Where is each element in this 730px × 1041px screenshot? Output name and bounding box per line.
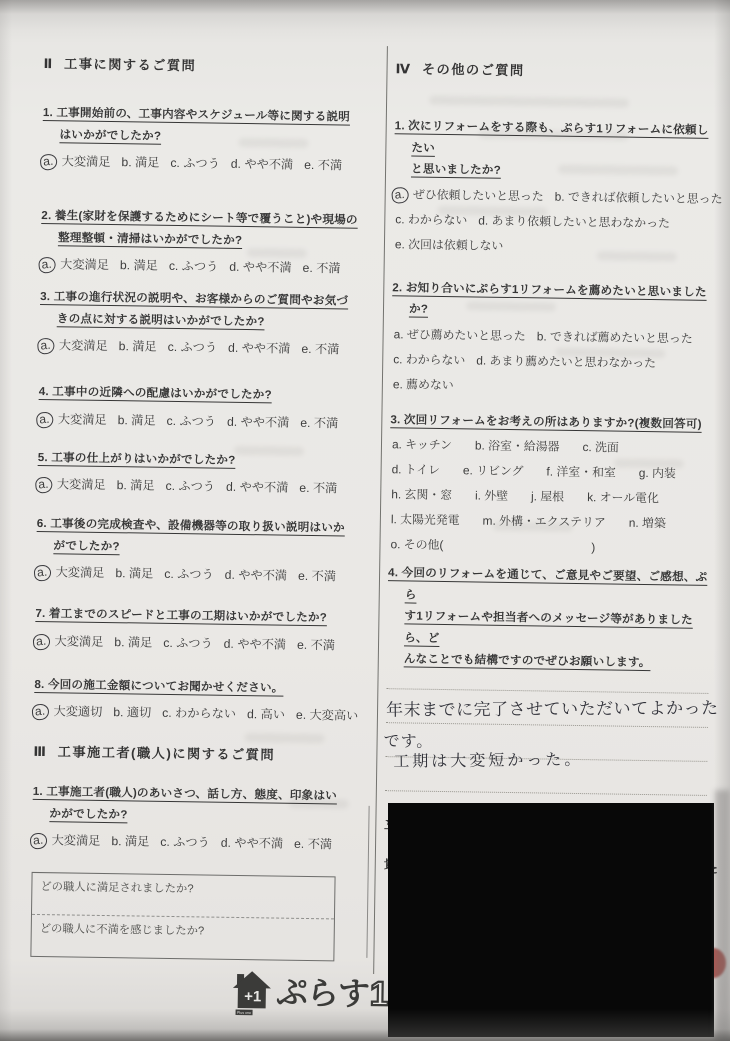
option-a: a. 大変満足 (41, 338, 108, 353)
dotted-rule (386, 722, 708, 728)
option-e: e. 不満 (294, 837, 332, 852)
option-key: b. (555, 185, 565, 207)
option-key: e. (296, 704, 307, 727)
option-m: m. 外構・エクステリア (482, 514, 605, 530)
option-b: b. 満足 (119, 339, 157, 354)
option-key: b. (117, 474, 128, 497)
answer-options: e. 薦めない (391, 373, 715, 400)
option-c: c. ふつう (164, 567, 214, 582)
handwritten-comment: 工期は大変短かった。 (393, 746, 583, 771)
logo-plus-one: +1 (244, 988, 261, 1005)
answer-options: l. 太陽光発電m. 外構・エクステリアn. 増築 (389, 508, 713, 535)
question-block: 4. 工事中の近隣への配慮はいかがでしたか?a. 大変満足b. 満足c. ふつう… (38, 381, 365, 435)
option-key: d. (227, 410, 238, 433)
answer-options: a. 大変満足b. 満足c. ふつうd. やや不満e. 不満 (37, 473, 363, 501)
option-c: c. わからない (395, 212, 467, 227)
dotted-rule (386, 688, 708, 694)
option-d: d. やや不満 (225, 568, 288, 583)
question-block: 1. 工事開始前の、工事内容やスケジュール等に関する説明 はいかがでしたか?a.… (42, 102, 369, 178)
right-column: Ⅳ その他のご質問1. 次にリフォームをする際も、ぷらす1リフォームに依頼したい… (384, 58, 720, 876)
option-d: d. やや不満 (224, 636, 287, 651)
option-c: c. ふつう (170, 156, 220, 171)
question-block: 1. 工事施工者(職人)のあいさつ、話し方、態度、印象はい かがでしたか?a. … (32, 781, 359, 857)
question-block: 7. 着工までのスピードと工事の工期はいかがでしたか?a. 大変満足b. 満足c… (35, 603, 362, 657)
option-key: e. (300, 411, 311, 434)
answer-options: h. 玄関・窓i. 外壁j. 屋根k. オール電化 (389, 483, 713, 510)
option-c: c. ふつう (169, 259, 219, 274)
answer-options: c. わからないd. あまり薦めたいと思わなかった (391, 348, 715, 375)
question-block: 6. 工事後の完成検査や、設備機器等の取り扱い説明はいか がでしたか?a. 大変… (36, 513, 363, 589)
option-key: c. (160, 831, 170, 854)
option-a: a. キッチン (392, 437, 452, 452)
question-heading: 3. 次回リフォームをお考えの所はありますか?(複数回答可) (390, 409, 714, 435)
hidden-box-border (366, 806, 369, 958)
handwritten-selection-circle: a. (391, 186, 409, 203)
option-d: d. トイレ (392, 462, 441, 477)
option-a: a. 大変満足 (40, 412, 107, 427)
option-g: g. 内装 (639, 466, 676, 481)
option-c: c. 洗面 (582, 440, 619, 455)
option-key: b. (119, 335, 130, 358)
option-a: a. 大変適切 (36, 704, 103, 719)
handwritten-selection-circle: a. (38, 256, 57, 273)
comment-writing-area: 年末までに完了させていただいてよかったです。工期は大変短かった。 (385, 678, 711, 811)
option-key: b. (117, 409, 128, 432)
option-e: e. リビング (463, 463, 524, 478)
option-a: a. 大変満足 (37, 633, 104, 648)
option-suffix: ) (591, 540, 595, 554)
section-title-2: Ⅱ 工事に関するご質問 (43, 53, 369, 77)
option-key: e. (304, 154, 315, 177)
question-heading: 7. 着工までのスピードと工事の工期はいかがでしたか? (35, 603, 361, 629)
option-key: b. (475, 434, 485, 456)
option-c: c. ふつう (160, 835, 210, 850)
logo-brand-one: 1 (369, 975, 389, 1013)
option-key: e. (463, 459, 473, 481)
option-key: d. (478, 209, 488, 231)
option-key: e. (393, 373, 403, 395)
option-h: h. 玄関・窓 (391, 487, 452, 502)
handwritten-selection-circle: a. (36, 411, 55, 428)
house-icon: +1 Plus one (232, 970, 273, 1017)
option-c: c. わからない (393, 352, 465, 367)
option-key: c. (162, 702, 172, 725)
option-key: d. (229, 256, 240, 279)
craftsman-feedback-box: どの職人に満足されましたか?どの職人に不満を感じましたか? (30, 872, 335, 962)
handwritten-selection-circle: a. (33, 564, 52, 581)
option-d: d. やや不満 (228, 341, 291, 356)
question-heading: 1. 工事施工者(職人)のあいさつ、話し方、態度、印象はい かがでしたか? (32, 781, 359, 829)
option-key: b. (537, 325, 547, 347)
option-b: b. 満足 (118, 413, 156, 428)
answer-options: a. ぜひ薦めたいと思ったb. できれば薦めたいと思った (391, 323, 715, 350)
handwritten-selection-circle: a. (39, 153, 58, 170)
answer-options: e. 次回は依頼しない (393, 233, 717, 260)
answer-options: a. キッチンb. 浴室・給湯器c. 洗面 (390, 433, 714, 460)
option-key: d. (476, 349, 486, 371)
option-b: b. 満足 (121, 155, 159, 170)
handwritten-comment: 年末までに完了させていただいてよかった (386, 693, 719, 720)
question-heading: 8. 今回の施工金額についてお聞かせください。 (34, 673, 360, 699)
dotted-rule (385, 790, 707, 796)
question-heading: 4. 今回のリフォームを通じて、ご意見やご要望、ご感想、ぷら す1リフォームや担… (387, 562, 713, 674)
option-key: l. (391, 508, 397, 530)
answer-options: a. 大変満足b. 満足c. ふつうd. やや不満e. 不満 (38, 407, 364, 435)
dissatisfied-craftsman-field: どの職人に不満を感じましたか? (31, 914, 334, 960)
question-block: 3. 工事の進行状況の説明や、お客様からのご質問やお気づ きの点に対する説明はい… (39, 286, 366, 362)
question-heading: 2. 養生(家財を保護するためにシート等で覆うこと)や現場の 整理整頓・清掃はい… (41, 205, 368, 253)
option-key: i. (475, 484, 481, 506)
option-d: d. あまり薦めたいと思わなかった (476, 353, 656, 370)
option-c: c. ふつう (168, 340, 218, 355)
option-e: e. 不満 (299, 481, 337, 496)
handwritten-selection-circle: a. (29, 832, 48, 849)
question-heading: 3. 工事の進行状況の説明や、お客様からのご質問やお気づ きの点に対する説明はい… (40, 286, 367, 334)
option-c: c. ふつう (166, 413, 216, 428)
option-e: e. 次回は依頼しない (395, 237, 504, 253)
answer-options: a. 大変満足b. 満足c. ふつうd. やや不満e. 不満 (36, 561, 362, 589)
option-f: f. 洋室・和室 (546, 465, 616, 480)
option-key: b. (113, 701, 124, 724)
option-key: d. (231, 153, 242, 176)
answer-options: a. 大変満足b. 満足c. ふつうd. やや不満e. 不満 (42, 150, 368, 178)
option-key: b. (121, 151, 132, 174)
answer-options: a. 大変満足b. 満足c. ふつうd. やや不満e. 不満 (39, 334, 365, 362)
option-a: a. 大変満足 (38, 565, 105, 580)
option-b: b. 満足 (117, 478, 155, 493)
option-key: c. (395, 208, 405, 230)
section-title-3: Ⅲ 工事施工者(職人)に関するご質問 (33, 741, 359, 765)
option-key: g. (639, 462, 649, 484)
answer-options: c. わからないd. あまり依頼したいと思わなかった (393, 208, 717, 235)
question-block: 4. 今回のリフォームを通じて、ご意見やご要望、ご感想、ぷら す1リフォームや担… (385, 562, 713, 810)
option-key: c. (582, 436, 592, 458)
option-d: d. 高い (247, 707, 285, 722)
option-key: o. (390, 533, 400, 555)
option-e: e. 不満 (297, 637, 335, 652)
option-b: b. 浴室・給湯器 (475, 438, 560, 453)
option-key: b. (120, 254, 131, 277)
option-d: d. あまり依頼したいと思わなかった (478, 213, 670, 230)
option-e: e. 大変高い (296, 708, 359, 723)
option-key: c. (170, 152, 180, 175)
option-c: c. ふつう (166, 479, 216, 494)
handwritten-selection-circle: a. (35, 476, 54, 493)
option-key: e. (297, 633, 308, 656)
option-key: e. (301, 338, 312, 361)
question-block: 1. 次にリフォームをする際も、ぷらす1リフォームに依頼したい と思いましたか?… (393, 115, 719, 259)
option-d: d. やや不満 (231, 157, 294, 172)
option-b: b. できれば依頼したいと思った (555, 189, 723, 205)
option-key: d. (228, 337, 239, 360)
option-e: e. 不満 (303, 261, 341, 276)
question-block: 2. 養生(家財を保護するためにシート等で覆うこと)や現場の 整理整頓・清掃はい… (40, 205, 367, 281)
option-key: c. (164, 563, 174, 586)
option-key: e. (299, 477, 310, 500)
option-e: e. 不満 (298, 569, 336, 584)
option-a: a. 大変満足 (34, 833, 101, 848)
option-key: d. (247, 703, 258, 726)
option-key: c. (169, 255, 179, 278)
section-title-4: Ⅳ その他のご質問 (395, 58, 719, 82)
option-a: a. 大変満足 (43, 257, 110, 272)
option-key: e. (298, 565, 309, 588)
option-key: d. (224, 632, 235, 655)
option-key: c. (165, 475, 175, 498)
answer-options: a. 大変満足b. 満足c. ふつうd. やや不満e. 不満 (40, 253, 366, 281)
option-key: d. (225, 564, 236, 587)
option-key: j. (531, 485, 537, 507)
option-a: a. 大変満足 (44, 154, 111, 169)
logo-sub-text: Plus one (237, 1011, 251, 1015)
answer-options: o. その他() (388, 533, 712, 560)
option-e: e. 不満 (304, 158, 342, 173)
option-key: d. (391, 458, 401, 480)
option-key: d. (226, 476, 237, 499)
option-key: c. (163, 631, 173, 654)
question-heading: 2. お知り合いにぷらす1リフォームを薦めたいと思いました か? (392, 277, 717, 325)
option-key: b. (111, 830, 122, 853)
option-key: c. (166, 409, 176, 432)
question-block: 8. 今回の施工金額についてお聞かせください。a. 大変適切b. 適切c. わか… (34, 673, 361, 727)
option-a: a. ぜひ依頼したいと思った (396, 187, 544, 203)
option-key: n. (629, 512, 639, 534)
option-key: m. (482, 510, 496, 532)
option-d: d. やや不満 (226, 480, 289, 495)
question-heading: 1. 工事開始前の、工事内容やスケジュール等に関する説明 はいかがでしたか? (42, 102, 369, 150)
option-e: e. 不満 (300, 415, 338, 430)
option-b: b. 満足 (114, 635, 152, 650)
answer-options: a. 大変適切b. 適切c. わからないd. 高いe. 大変高い (34, 700, 360, 728)
option-n: n. 増築 (629, 516, 666, 531)
option-key: e. (395, 233, 405, 255)
option-key: c. (167, 336, 177, 359)
handwritten-selection-circle: a. (32, 633, 51, 650)
question-heading: 6. 工事後の完成検査や、設備機器等の取り扱い説明はいか がでしたか? (36, 513, 363, 561)
option-key: k. (587, 486, 597, 508)
option-i: i. 外壁 (475, 488, 508, 502)
option-key: h. (391, 483, 401, 505)
option-key: d. (221, 832, 232, 855)
option-b: b. 満足 (120, 258, 158, 273)
answer-options: a. ぜひ依頼したいと思ったb. できれば依頼したいと思った (394, 183, 718, 210)
answer-options: a. 大変満足b. 満足c. ふつうd. やや不満e. 不満 (35, 629, 361, 657)
option-key: a. (393, 323, 403, 345)
option-b: b. 適切 (113, 705, 151, 720)
question-heading: 1. 次にリフォームをする際も、ぷらす1リフォームに依頼したい と思いましたか? (394, 115, 719, 184)
fill-in-blank (443, 549, 591, 551)
question-heading: 5. 工事の仕上がりはいかがでしたか? (38, 446, 364, 472)
option-key: e. (302, 257, 313, 280)
photo-edge-shadow (715, 790, 730, 1041)
option-c: c. ふつう (163, 635, 213, 650)
option-key: b. (115, 562, 126, 585)
handwritten-selection-circle: a. (37, 337, 56, 354)
survey-photo: Ⅱ 工事に関するご質問1. 工事開始前の、工事内容やスケジュール等に関する説明 … (0, 0, 730, 1041)
option-a: a. ぜひ薦めたいと思った (394, 327, 526, 343)
question-block: 3. 次回リフォームをお考えの所はありますか?(複数回答可)a. キッチンb. … (388, 409, 714, 560)
answer-options: d. トイレe. リビングf. 洋室・和室g. 内装 (389, 458, 713, 485)
option-key: e. (294, 833, 305, 856)
satisfied-craftsman-field: どの職人に満足されましたか? (32, 873, 335, 918)
handwritten-selection-circle: a. (31, 703, 50, 720)
option-o: o. その他() (390, 537, 595, 554)
option-a: a. 大変満足 (39, 477, 106, 492)
option-k: k. オール電化 (587, 490, 659, 505)
option-key: f. (546, 461, 553, 483)
redaction-box (388, 803, 714, 1037)
answer-options: a. 大変満足b. 満足c. ふつうd. やや不満e. 不満 (32, 829, 358, 857)
question-block: 5. 工事の仕上がりはいかがでしたか?a. 大変満足b. 満足c. ふつうd. … (37, 446, 364, 500)
option-c: c. わからない (162, 706, 236, 721)
option-key: b. (114, 631, 125, 654)
option-b: b. できれば薦めたいと思った (537, 329, 693, 345)
question-heading: 4. 工事中の近隣への配慮はいかがでしたか? (39, 381, 365, 407)
option-j: j. 屋根 (531, 489, 564, 503)
option-key: a. (392, 433, 402, 455)
logo-brand-prefix: ぷらす (276, 975, 370, 1012)
question-block: 2. お知り合いにぷらす1リフォームを薦めたいと思いました か?a. ぜひ薦めた… (391, 277, 717, 400)
option-d: d. やや不満 (227, 414, 290, 429)
option-d: d. やや不満 (229, 260, 292, 275)
option-b: b. 満足 (115, 566, 153, 581)
option-d: d. やや不満 (221, 836, 284, 851)
option-e: e. 不満 (301, 342, 339, 357)
option-e: e. 薦めない (393, 377, 454, 392)
left-column: Ⅱ 工事に関するご質問1. 工事開始前の、工事内容やスケジュール等に関する説明 … (30, 53, 369, 962)
option-b: b. 満足 (111, 834, 149, 849)
option-key: c. (393, 348, 403, 370)
option-l: l. 太陽光発電 (391, 512, 460, 527)
